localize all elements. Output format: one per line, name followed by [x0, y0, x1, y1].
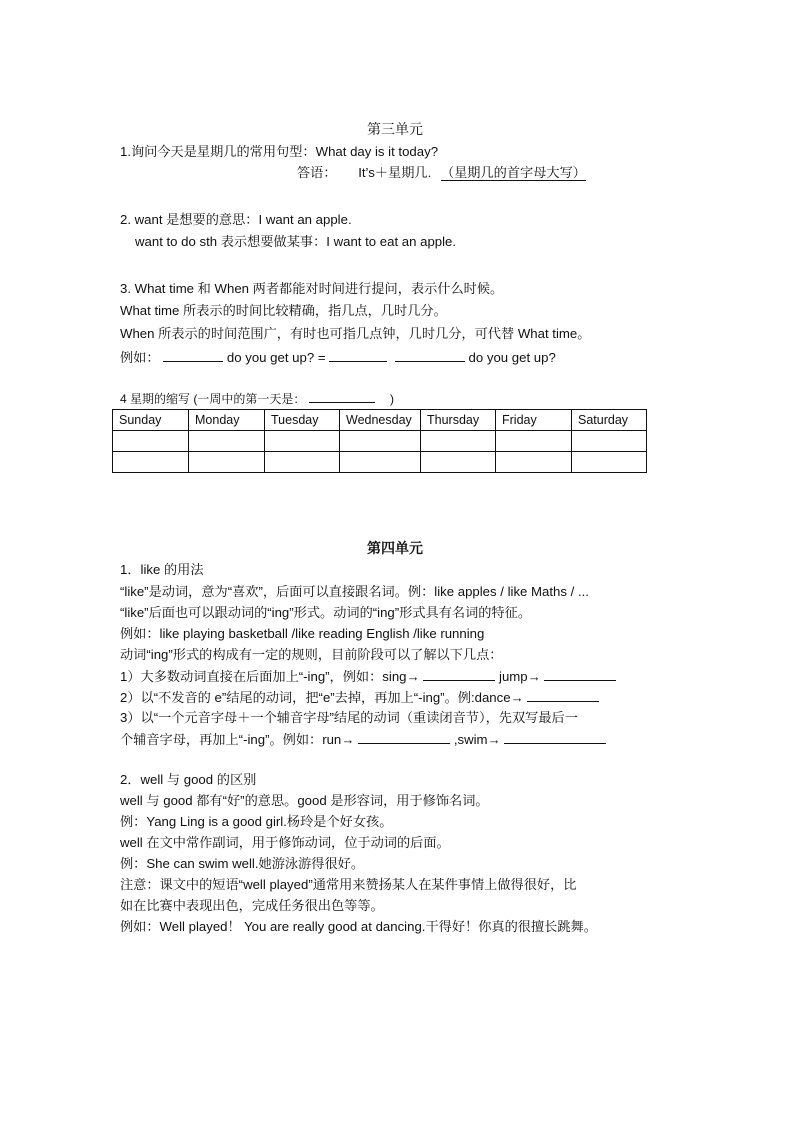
- unit4-s1-line3: 例如：like playing basketball /like reading…: [120, 625, 484, 643]
- rule2-text: 2）以“不发音的 e”结尾的动词，把“e”去掉，再加上“-ing”。例:danc…: [120, 690, 524, 705]
- table-cell[interactable]: [189, 431, 265, 452]
- rule3-text: 个辅音字母，再加上“-ing”。例如：run→: [120, 732, 354, 747]
- unit3-s2-line2: want to do sth 表示想要做某事：I want to eat an …: [135, 233, 456, 251]
- table-header-cell: Tuesday: [265, 410, 340, 431]
- unit3-s2-line1: 2. want 是想要的意思：I want an apple.: [120, 211, 352, 229]
- table-row: [113, 431, 647, 452]
- table-header-cell: Monday: [189, 410, 265, 431]
- unit4-s2-line1: well 与 good 都有“好”的意思。good 是形容词，用于修饰名词。: [120, 792, 489, 810]
- unit3-s3-line2: What time 所表示的时间比较精确，指几点，几时几分。: [120, 302, 447, 320]
- fill-blank[interactable]: [544, 667, 616, 681]
- unit4-title: 第四单元: [367, 539, 423, 557]
- table-cell[interactable]: [265, 452, 340, 473]
- unit4-s1-rule3-line1: 3）以“一个元音字母＋一个辅音字母”结尾的动词（重读闭音节），先双写最后一: [120, 709, 578, 727]
- unit4-s1-rule1: 1）大多数动词直接在后面加上“-ing”，例如：sing→ jump→: [120, 667, 616, 686]
- table-header-row: Sunday Monday Tuesday Wednesday Thursday…: [113, 410, 647, 431]
- fill-blank[interactable]: [358, 730, 450, 744]
- table-cell[interactable]: [113, 452, 189, 473]
- table-cell[interactable]: [265, 431, 340, 452]
- table-header-cell: Wednesday: [340, 410, 421, 431]
- answer-text: It’s＋星期几.: [358, 165, 431, 180]
- rule1-mid: jump→: [499, 669, 541, 684]
- unit4-s1-line4: 动词“ing”形式的构成有一定的规则，目前阶段可以了解以下几点：: [120, 646, 502, 664]
- unit3-s1-line1: 1.询问今天是星期几的常用句型：What day is it today?: [120, 143, 438, 161]
- table-header-cell: Thursday: [421, 410, 496, 431]
- example-part2: do you get up?: [469, 350, 556, 365]
- table-header-cell: Sunday: [113, 410, 189, 431]
- answer-note: （星期几的首字母大写）: [441, 165, 586, 180]
- s4-heading-prefix: 4 星期的缩写 (一周中的第一天是：: [120, 392, 305, 406]
- example-label: 例如：: [120, 350, 160, 365]
- unit3-s3-line1: 3. What time 和 When 两者都能对时间进行提问，表示什么时候。: [120, 280, 503, 298]
- unit4-s1-heading: 1．like 的用法: [120, 561, 204, 579]
- table-row: [113, 452, 647, 473]
- table-cell[interactable]: [340, 452, 421, 473]
- table-cell[interactable]: [572, 431, 647, 452]
- weekday-table: Sunday Monday Tuesday Wednesday Thursday…: [112, 409, 647, 473]
- unit4-s2-heading: 2．well 与 good 的区别: [120, 771, 256, 789]
- unit4-s2-line5: 注意：课文中的短语“well played”通常用来赞扬某人在某件事情上做得很好…: [120, 876, 576, 894]
- unit4-s2-line6: 如在比赛中表现出色，完成任务很出色等等。: [120, 897, 384, 915]
- example-part1: do you get up? =: [227, 350, 329, 365]
- answer-label: 答语：: [297, 165, 337, 180]
- s4-heading-suffix: ): [390, 392, 394, 406]
- unit4-s1-line2: “like”后面也可以跟动词的“ing”形式。动词的“ing”形式具有名词的特征…: [120, 604, 531, 622]
- fill-blank[interactable]: [423, 667, 495, 681]
- unit4-s2-line7: 例如：Well played！ You are really good at d…: [120, 918, 597, 936]
- table-cell[interactable]: [496, 431, 572, 452]
- table-header-cell: Friday: [496, 410, 572, 431]
- unit4-s1-rule2: 2）以“不发音的 e”结尾的动词，把“e”去掉，再加上“-ing”。例:danc…: [120, 688, 599, 707]
- fill-blank[interactable]: [329, 348, 387, 362]
- table-cell[interactable]: [113, 431, 189, 452]
- fill-blank[interactable]: [395, 348, 465, 362]
- table-cell[interactable]: [496, 452, 572, 473]
- rule3-mid: ,swim→: [454, 732, 501, 747]
- unit4-s1-line1: “like”是动词，意为“喜欢”，后面可以直接跟名词。例：like apples…: [120, 583, 589, 601]
- table-cell[interactable]: [572, 452, 647, 473]
- unit4-s2-line2: 例：Yang Ling is a good girl.杨玲是个好女孩。: [120, 813, 392, 831]
- unit3-s1-answer: 答语： It’s＋星期几. （星期几的首字母大写）: [297, 164, 586, 182]
- fill-blank[interactable]: [163, 348, 223, 362]
- unit3-title: 第三单元: [367, 120, 423, 138]
- table-cell[interactable]: [421, 431, 496, 452]
- fill-blank[interactable]: [527, 688, 599, 702]
- unit3-s4-heading: 4 星期的缩写 (一周中的第一天是： ): [120, 390, 394, 408]
- unit3-s3-line3: When 所表示的时间范围广，有时也可指几点钟，几时几分，可代替 What ti…: [120, 325, 590, 343]
- unit4-s2-line4: 例：She can swim well.她游泳游得很好。: [120, 855, 364, 873]
- table-cell[interactable]: [421, 452, 496, 473]
- fill-blank[interactable]: [309, 391, 375, 403]
- table-cell[interactable]: [189, 452, 265, 473]
- unit3-s3-example: 例如： do you get up? = do you get up?: [120, 348, 556, 367]
- unit4-s2-line3: well 在文中常作副词，用于修饰动词，位于动词的后面。: [120, 834, 450, 852]
- table-header-cell: Saturday: [572, 410, 647, 431]
- fill-blank[interactable]: [504, 730, 606, 744]
- table-cell[interactable]: [340, 431, 421, 452]
- unit4-s1-rule3-line2: 个辅音字母，再加上“-ing”。例如：run→ ,swim→: [120, 730, 606, 749]
- rule1-text: 1）大多数动词直接在后面加上“-ing”，例如：sing→: [120, 669, 420, 684]
